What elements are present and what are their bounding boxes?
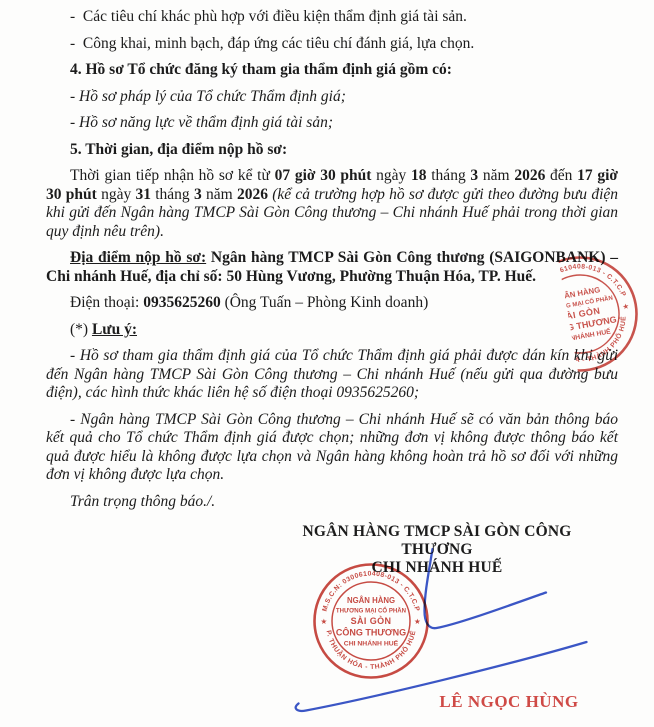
note-label: Lưu ý:	[92, 321, 137, 338]
seal-center-line-1: NGÂN HÀNG	[347, 596, 395, 605]
closing-line: Trân trọng thông báo./.	[46, 493, 618, 512]
time-text: năm	[478, 167, 514, 184]
start-year: 2026	[514, 167, 545, 184]
address-paragraph: Địa điểm nộp hồ sơ: Ngân hàng TMCP Sài G…	[46, 249, 618, 286]
seal-outer-circle	[315, 565, 428, 678]
document-page: - Các tiêu chí khác phù hợp với điều kiệ…	[0, 0, 654, 727]
round-seal: M.S.C.N: 0300610408-013 - C.T.C.P P. THU…	[311, 561, 431, 681]
seal-ring-text-bottom: P. THUẬN HÓA - THÀNH PHỐ HUẾ	[324, 629, 417, 671]
time-text: đến	[545, 167, 577, 184]
end-day: 31	[135, 186, 151, 203]
document-body: - Các tiêu chí khác phù hợp với điều kiệ…	[46, 8, 618, 577]
section4-item-1: - Hồ sơ pháp lý của Tổ chức Thẩm định gi…	[46, 88, 618, 107]
org-name-block: NGÂN HÀNG TMCP SÀI GÒN CÔNG THƯƠNG CHI N…	[275, 523, 599, 577]
address-label: Địa điểm nộp hồ sơ:	[70, 249, 206, 266]
phone-label: Điện thoại:	[70, 294, 143, 311]
note-item-2: - Ngân hàng TMCP Sài Gòn Công thương – C…	[46, 411, 618, 485]
end-year: 2026	[237, 186, 268, 203]
phone-contact: (Ông Tuấn – Phòng Kinh doanh)	[221, 294, 429, 311]
note-heading: (*) Lưu ý:	[46, 321, 618, 340]
note-item-1: - Hồ sơ tham gia thẩm định giá của Tổ ch…	[46, 347, 618, 403]
star-icon: ★	[321, 617, 328, 626]
time-open: 07 giờ 30 phút	[275, 167, 372, 184]
seal-center-line-5: CHI NHÁNH HUẾ	[344, 638, 399, 648]
time-text: tháng	[151, 186, 194, 203]
phone-line: Điện thoại: 0935625260 (Ông Tuấn – Phòng…	[46, 294, 618, 313]
seal-center-line-2: THƯƠNG MẠI CỔ PHẦN	[336, 608, 406, 615]
org-name-line-1: NGÂN HÀNG TMCP SÀI GÒN CÔNG THƯƠNG	[275, 523, 599, 559]
time-text: tháng	[427, 167, 471, 184]
time-text: ngày	[97, 186, 136, 203]
start-month: 3	[470, 167, 478, 184]
signer-name: LÊ NGỌC HÙNG	[424, 692, 594, 712]
star-icon: ★	[622, 301, 630, 311]
section5-heading: 5. Thời gian, địa điểm nộp hồ sơ:	[46, 141, 618, 160]
time-text: Thời gian tiếp nhận hồ sơ kể từ	[70, 167, 275, 184]
org-name-line-2: CHI NHÁNH HUẾ	[275, 559, 599, 577]
seal-graphic: M.S.C.N: 0300610408-013 - C.T.C.P P. THU…	[311, 561, 431, 681]
seal-center-line-4: CÔNG THƯƠNG	[336, 627, 406, 638]
note-marker: (*)	[70, 321, 92, 338]
intro-bullet-1: - Các tiêu chí khác phù hợp với điều kiệ…	[46, 8, 618, 27]
time-text: ngày	[371, 167, 411, 184]
time-text: năm	[202, 186, 237, 203]
section4-heading: 4. Hồ sơ Tổ chức đăng ký tham gia thẩm đ…	[46, 61, 618, 80]
end-month: 3	[194, 186, 202, 203]
section4-item-2: - Hồ sơ năng lực về thẩm định giá tài sả…	[46, 114, 618, 133]
time-paragraph: Thời gian tiếp nhận hồ sơ kể từ 07 giờ 3…	[46, 167, 618, 241]
phone-number: 0935625260	[143, 294, 221, 311]
seal-inner-circle	[332, 582, 410, 660]
start-day: 18	[411, 167, 427, 184]
seal-center-line-3: SÀI GÒN	[351, 615, 392, 626]
intro-bullet-2: - Công khai, minh bạch, đáp ứng các tiêu…	[46, 35, 618, 54]
star-icon: ★	[414, 617, 421, 626]
